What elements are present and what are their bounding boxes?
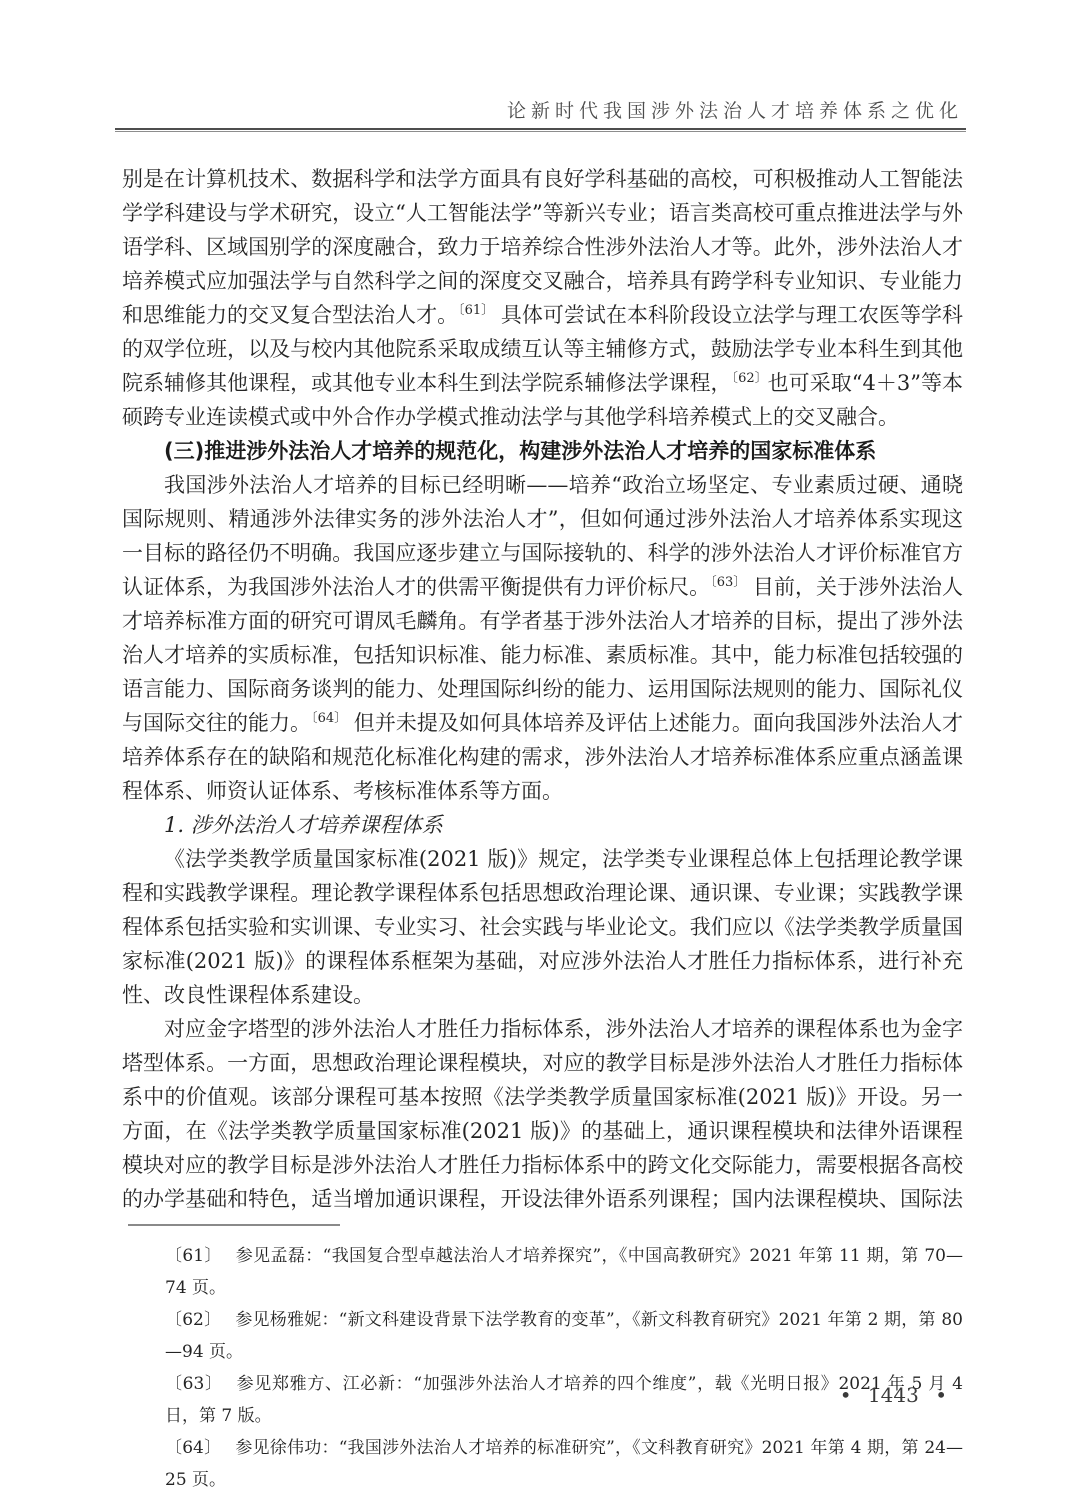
footnote-marker: 〔61〕 (165, 1246, 222, 1266)
footnote-item: 〔64〕参见徐伟功：“我国涉外法治人才培养的标准研究”，《文科教育研究》2021… (122, 1432, 963, 1496)
footnote-item: 〔61〕参见孟磊：“我国复合型卓越法治人才培养探究”，《中国高教研究》2021 … (122, 1240, 963, 1304)
paragraph: 我国涉外法治人才培养的目标已经明晰——培养“政治立场坚定、专业素质过硬、通晓国际… (122, 468, 963, 808)
footnotes-section: 〔61〕参见孟磊：“我国复合型卓越法治人才培养探究”，《中国高教研究》2021 … (122, 1224, 963, 1496)
section-heading: (三)推进涉外法治人才培养的规范化，构建涉外法治人才培养的国家标准体系 (122, 434, 963, 468)
footnote-list: 〔61〕参见孟磊：“我国复合型卓越法治人才培养探究”，《中国高教研究》2021 … (122, 1240, 963, 1496)
footnote-ref: 〔61〕 (458, 303, 494, 318)
paragraph: 对应金字塔型的涉外法治人才胜任力指标体系，涉外法治人才培养的课程体系也为金字塔型… (122, 1012, 963, 1218)
footnote-text: 参见孟磊：“我国复合型卓越法治人才培养探究”，《中国高教研究》2021 年第 1… (165, 1246, 963, 1298)
paragraph: 《法学类教学质量国家标准(2021 版)》规定，法学类专业课程总体上包括理论教学… (122, 842, 963, 1012)
footnote-marker: 〔63〕 (165, 1374, 223, 1394)
footnote-marker: 〔64〕 (165, 1438, 221, 1458)
footnote-marker: 〔62〕 (165, 1310, 221, 1330)
running-head: 论新时代我国涉外法治人才培养体系之优化 (122, 96, 963, 123)
footnote-ref: 〔64〕 (311, 711, 347, 726)
footnote-item: 〔63〕参见郑雅方、江必新：“加强涉外法治人才培养的四个维度”，载《光明日报》2… (122, 1368, 963, 1432)
footnote-item: 〔62〕参见杨雅妮：“新文科建设背景下法学教育的变革”，《新文科教育研究》202… (122, 1304, 963, 1368)
footnote-ref: 〔63〕 (710, 575, 746, 590)
footnote-ref: 〔62〕 (732, 371, 768, 386)
footnote-text: 参见杨雅妮：“新文科建设背景下法学教育的变革”，《新文科教育研究》2021 年第… (165, 1310, 963, 1362)
header-rule (115, 128, 966, 132)
body-text: 别是在计算机技术、数据科学和法学方面具有良好学科基础的高校，可积极推动人工智能法… (122, 162, 963, 1218)
document-page: 论新时代我国涉外法治人才培养体系之优化 别是在计算机技术、数据科学和法学方面具有… (0, 0, 1080, 1504)
subsection-heading: 1. 涉外法治人才培养课程体系 (122, 808, 963, 842)
footnote-text: 参见徐伟功：“我国涉外法治人才培养的标准研究”，《文科教育研究》2021 年第 … (165, 1438, 963, 1490)
page-number: • 1443 • (840, 1383, 947, 1407)
footnote-separator (128, 1224, 340, 1226)
paragraph-continued: 别是在计算机技术、数据科学和法学方面具有良好学科基础的高校，可积极推动人工智能法… (122, 162, 963, 434)
